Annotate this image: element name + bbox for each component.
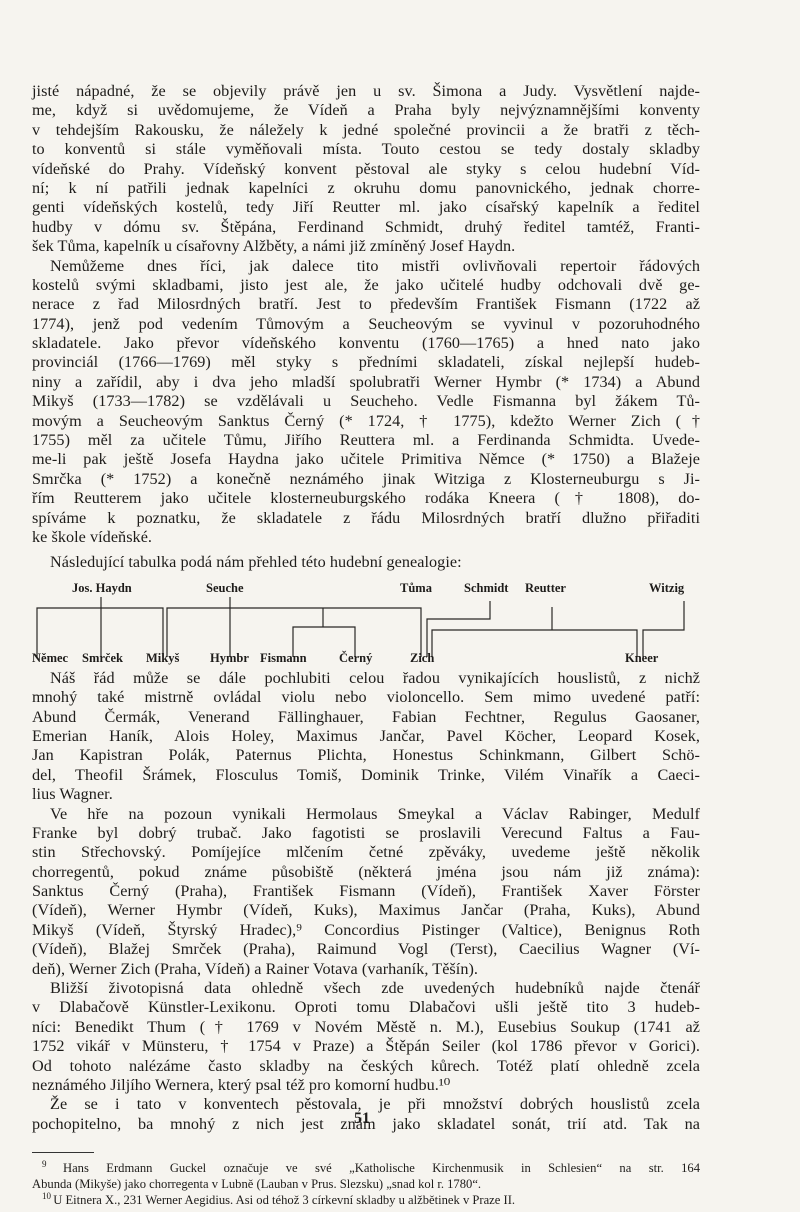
text-line: šek Tůma, kapelník u císařovny Alžběty, …: [32, 237, 700, 256]
text-line: Smrčka (* 1752) a konečně neznámého jina…: [32, 470, 700, 489]
footnote-marker: 9: [42, 1159, 63, 1169]
text-line: lius Wagner.: [32, 785, 700, 804]
paragraph-2: Nemůžeme dnes říci, jak dalece tito mist…: [32, 257, 700, 548]
text-line: 1752 vikář v Münsteru, † 1754 v Praze) a…: [32, 1037, 700, 1056]
text-line: Emerian Haník, Alois Holey, Maximus Janč…: [32, 727, 700, 746]
text-line: Nemůžeme dnes říci, jak dalece tito mist…: [32, 257, 700, 276]
student-zich: Zich: [410, 651, 434, 666]
footnote-line: 10 U Eitnera X., 231 Werner Aegidius. As…: [32, 1193, 700, 1209]
text-line: spíváme k poznatku, že skladatele z řádu…: [32, 509, 700, 528]
text-line: 1774), jenž pod vedením Tůmovým a Seuche…: [32, 315, 700, 334]
text-line: Ve hře na pozoun vynikali Hermolaus Smey…: [32, 805, 700, 824]
text-line: neznámého Jiljího Wernera, který psal té…: [32, 1076, 700, 1095]
teacher-seuche: Seuche: [206, 581, 244, 596]
paragraph-3: Náš řád může se dále pochlubiti celou řa…: [32, 669, 700, 805]
text-line: Abund Čermák, Venerand Fällinghauer, Fab…: [32, 708, 700, 727]
teacher-tuma: Tůma: [400, 581, 432, 596]
teacher-witzig: Witzig: [649, 581, 684, 596]
student-hymbr: Hymbr: [210, 651, 249, 666]
text-line: Mikyš (Vídeň, Štyrský Hradec),⁹ Concordi…: [32, 921, 700, 940]
text-line: Bližší životopisná data ohledně všech zd…: [32, 979, 700, 998]
text-line: (Vídeň), Werner Hymbr (Vídeň, Kuks), Max…: [32, 901, 700, 920]
text-line: deň), Werner Zich (Praha, Vídeň) a Raine…: [32, 960, 700, 979]
text-line: chorregentů, pokud známe působiště (někt…: [32, 863, 700, 882]
footnote-line: 9 Hans Erdmann Guckel označuje ve své „K…: [32, 1161, 700, 1177]
student-mikys: Mikyš: [146, 651, 179, 666]
text-line: kostelů svými skladbami, jisto jest ale,…: [32, 276, 700, 295]
text-line: řím Reutterem jako učitele klosterneubur…: [32, 489, 700, 508]
text-line: (Vídeň), Blažej Smrček (Praha), Raimund …: [32, 940, 700, 959]
document-page: jisté nápadné, že se objevily právě jen …: [32, 82, 700, 1209]
text-line: nerace z řad Milosrdných bratří. Jest to…: [32, 295, 700, 314]
text-line: mnohý také mistrně ovládal violu nebo vi…: [32, 688, 700, 707]
teacher-reutter: Reutter: [525, 581, 566, 596]
text-line: movým a Seucheovým Sanktus Černý (* 1724…: [32, 412, 700, 431]
student-smrcek: Smrček: [82, 651, 123, 666]
text-line: hudby v dómu sv. Štěpána, Ferdinand Schm…: [32, 218, 700, 237]
text-line: del, Theofil Šrámek, Flosculus Tomiš, Do…: [32, 766, 700, 785]
text-line: níci: Benedikt Thum († 1769 v Novém Měst…: [32, 1018, 700, 1037]
text-line: Náš řád může se dále pochlubiti celou řa…: [32, 669, 700, 688]
footnote-marker: 10: [42, 1191, 53, 1201]
text-line: skladatele. Jako převor vídeňského konve…: [32, 334, 700, 353]
student-fismann: Fismann: [260, 651, 307, 666]
text-line: niny a zařídil, aby i dva jeho mladší sp…: [32, 373, 700, 392]
text-line: Franke byl dobrý trubač. Jako fagotisti …: [32, 824, 700, 843]
student-cerny: Černý: [339, 651, 372, 666]
text-line: Jan Kapistran Polák, Paternus Plichta, H…: [32, 746, 700, 765]
text-line: v tehdejším Rakousku, že náležely k jedn…: [32, 121, 700, 140]
text-line: jisté nápadné, že se objevily právě jen …: [32, 82, 700, 101]
text-line: 1755) měl za učitele Tůmu, Jiřího Reutte…: [32, 431, 700, 450]
text-line: Mikyš (1733—1782) se vzdělávali u Seuche…: [32, 392, 700, 411]
teacher-schmidt: Schmidt: [464, 581, 508, 596]
footnotes: 9 Hans Erdmann Guckel označuje ve své „K…: [32, 1161, 700, 1208]
text-line: vídeňské do Prahy. Vídeňský konvent pěst…: [32, 160, 700, 179]
table-intro: Následující tabulka podá nám přehled tét…: [32, 553, 700, 572]
genealogy-diagram: Jos. Haydn Seuche Tůma Schmidt Reutter W…: [32, 579, 700, 669]
paragraph-4: Ve hře na pozoun vynikali Hermolaus Smey…: [32, 805, 700, 980]
footnote-line: Abunda (Mikyše) jako chorregenta v Lubně…: [32, 1177, 700, 1193]
text-line: me, když si uvědomujeme, že Vídeň a Prah…: [32, 101, 700, 120]
paragraph-1: jisté nápadné, že se objevily právě jen …: [32, 82, 700, 257]
text-line: v Dlabačově Künstler-Lexikonu. Oproti to…: [32, 998, 700, 1017]
footnote-separator: [32, 1152, 94, 1153]
text-line: to konventů si stále vyměňovali místa. T…: [32, 140, 700, 159]
teacher-haydn: Jos. Haydn: [72, 581, 132, 596]
page-number: 51: [354, 1110, 370, 1128]
student-kneer: Kneer: [625, 651, 658, 666]
text-line: stin Střechovský. Pomíjejíce mlčením čet…: [32, 843, 700, 862]
text-line: Od tohoto nalézáme často skladby na česk…: [32, 1057, 700, 1076]
paragraph-5: Bližší životopisná data ohledně všech zd…: [32, 979, 700, 1095]
text-line: Sanktus Černý (Praha), František Fismann…: [32, 882, 700, 901]
text-line: provinciál (1766—1769) měl styky s předn…: [32, 353, 700, 372]
student-nemec: Němec: [32, 651, 68, 666]
text-line: ke škole vídeňské.: [32, 528, 700, 547]
text-line: ní; k ní patřili jednak kapelníci z okru…: [32, 179, 700, 198]
text-line: me-li pak ještě Josefa Haydna jako učite…: [32, 450, 700, 469]
text-line: genti vídeňských kostelů, tedy Jiří Reut…: [32, 198, 700, 217]
